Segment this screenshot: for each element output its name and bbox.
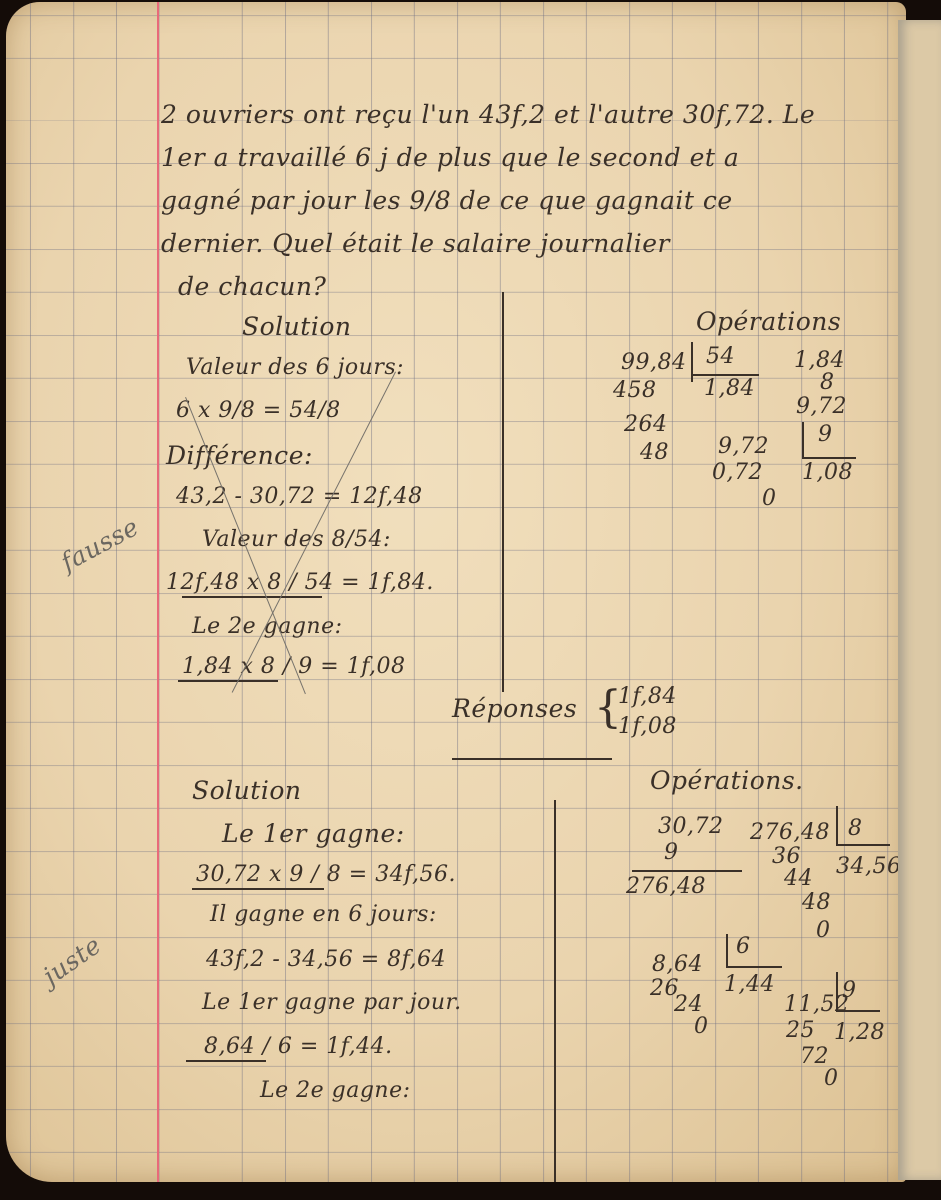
dividend: 276,48 <box>750 820 830 845</box>
problem-line: 1er a travaillé 6 j de plus que le secon… <box>161 143 739 172</box>
division-step: 0 <box>824 1066 839 1091</box>
solution-line: 43f,2 - 34,56 = 8f,64 <box>206 947 446 972</box>
solution-line: Le 2e gagne: <box>192 614 343 639</box>
solution-line: Différence: <box>166 441 313 470</box>
division-bracket <box>836 806 838 846</box>
quotient: 1,08 <box>802 460 853 485</box>
division-step: 458 <box>613 378 657 403</box>
fraction-bar <box>178 680 278 682</box>
operations-title: Opérations. <box>650 766 804 795</box>
solution-line: Il gagne en 6 jours: <box>210 902 437 927</box>
division-step: 264 <box>624 412 668 437</box>
division-bracket <box>726 934 728 968</box>
division-step: 0 <box>762 486 777 511</box>
problem-line: de chacun? <box>178 272 326 301</box>
division-step: 25 <box>786 1018 815 1043</box>
division-step: 0 <box>816 918 831 943</box>
dividend: 99,84 <box>621 350 686 375</box>
fraction-bar <box>182 596 322 598</box>
divisor: 54 <box>706 344 735 369</box>
quotient: 1,28 <box>834 1020 885 1045</box>
notebook-page: 2 ouvriers ont reçu l'un 43f,2 et l'autr… <box>6 2 906 1182</box>
division-bar <box>802 457 856 459</box>
divisor: 9 <box>842 978 857 1003</box>
solution-line: 8,64 / 6 = 1f,44. <box>204 1034 393 1059</box>
solution-line: Le 1er gagne par jour. <box>202 990 462 1015</box>
solution-line: 30,72 x 9 / 8 = 34f,56. <box>196 862 456 887</box>
fraction-bar <box>186 1060 266 1062</box>
division-step: 0 <box>694 1014 709 1039</box>
product: 276,48 <box>626 874 706 899</box>
red-margin-line <box>157 2 159 1182</box>
product: 9,72 <box>796 394 847 419</box>
problem-line: gagné par jour les 9/8 de ce que gagnait… <box>161 186 733 215</box>
solution-line: 12f,48 x 8 / 54 = 1f,84. <box>166 570 434 595</box>
division-bar <box>836 1010 880 1012</box>
dividend: 8,64 <box>652 952 703 977</box>
solution-line: Valeur des 6 jours: <box>186 355 404 380</box>
division-step: 48 <box>802 890 831 915</box>
solution-title: Solution <box>242 312 351 341</box>
divisor: 9 <box>818 422 833 447</box>
multiplicand: 30,72 <box>658 814 723 839</box>
column-divider <box>502 292 504 692</box>
problem-line: dernier. Quel était le salaire journalie… <box>161 229 670 258</box>
division-step: 44 <box>784 866 813 891</box>
solution-title: Solution <box>192 776 301 805</box>
answer-value: 1f,84 <box>618 684 677 709</box>
product-bar <box>632 870 742 872</box>
division-bracket <box>836 972 838 1012</box>
division-bracket <box>802 422 804 458</box>
division-step: 0,72 <box>712 460 763 485</box>
division-step: 48 <box>640 440 669 465</box>
solution-line: Le 2e gagne: <box>260 1078 411 1103</box>
division-bar <box>836 844 890 846</box>
adjacent-page-edge <box>898 20 941 1180</box>
dividend: 9,72 <box>718 434 769 459</box>
answer-label: Réponses <box>452 694 577 723</box>
quotient: 34,56 <box>836 854 901 879</box>
multiplier: 9 <box>664 840 679 865</box>
division-bar <box>726 966 782 968</box>
quotient: 1,84 <box>704 376 755 401</box>
operations-title: Opérations <box>696 307 841 336</box>
divisor: 6 <box>736 934 751 959</box>
fraction-bar <box>192 888 324 890</box>
solution-line: Valeur des 8/54: <box>202 527 391 552</box>
solution-line: Le 1er gagne: <box>222 819 405 848</box>
dividend: 11,52 <box>784 992 849 1017</box>
multiplier: 8 <box>820 370 835 395</box>
column-divider <box>554 800 556 1182</box>
quotient: 1,44 <box>724 972 775 997</box>
solution-line: 43,2 - 30,72 = 12f,48 <box>176 484 423 509</box>
separator-rule <box>452 758 612 760</box>
answer-value: 1f,08 <box>618 714 677 739</box>
problem-line: 2 ouvriers ont reçu l'un 43f,2 et l'autr… <box>161 100 815 129</box>
solution-line: 6 x 9/8 = 54/8 <box>176 398 341 423</box>
division-bracket <box>691 342 693 382</box>
divisor: 8 <box>848 816 863 841</box>
